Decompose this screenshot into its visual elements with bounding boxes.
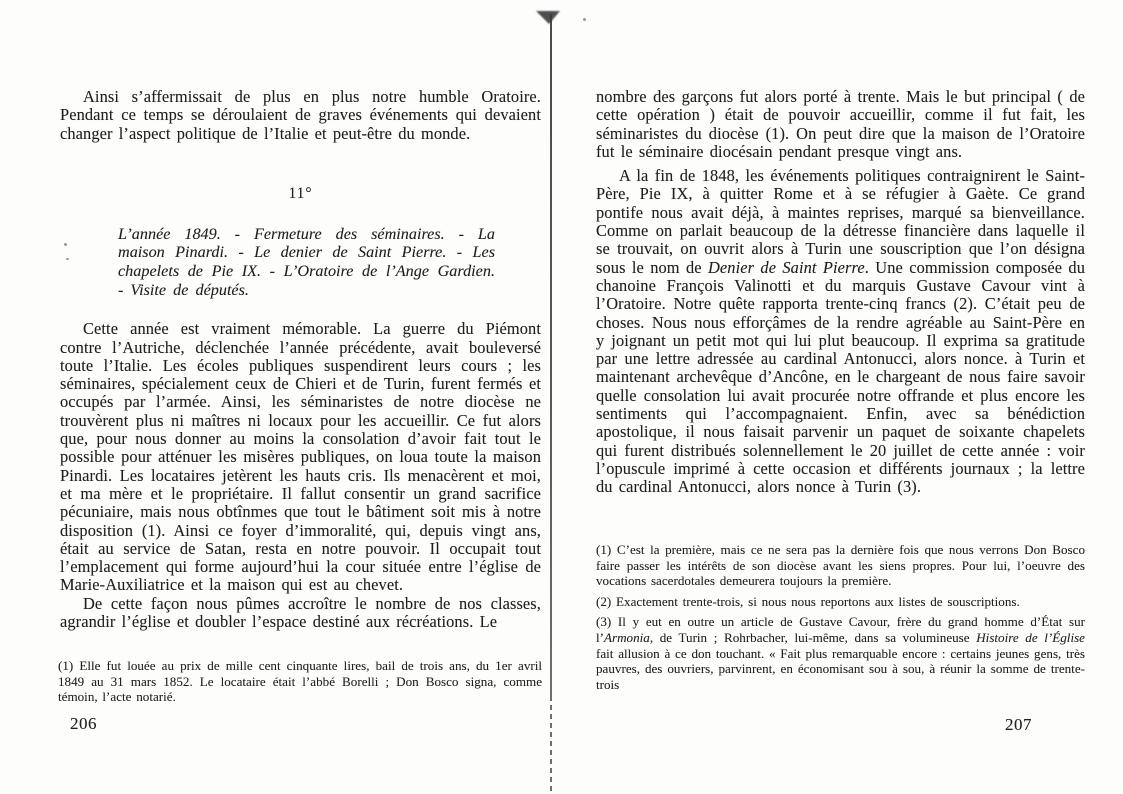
page-right: nombre des garçons fut alors porté à tre…: [596, 88, 1085, 497]
continuation-paragraph: nombre des garçons fut alors porté à tre…: [596, 88, 1085, 161]
main-paragraph: Cette année est vraiment mémorable. La g…: [60, 320, 541, 594]
book-spread-scan: Ainsi s’affermissait de plus en plus not…: [0, 0, 1123, 794]
main-paragraph: A la fin de 1848, les événements politiq…: [596, 167, 1085, 496]
footnote-3: (3) Il y eut en outre un article de Gust…: [596, 614, 1085, 692]
chapter-summary: L’année 1849. - Fermeture des séminaires…: [118, 225, 495, 299]
intro-paragraph: Ainsi s’affermissait de plus en plus not…: [60, 88, 541, 143]
footnotes-right: (1) C’est la première, mais ce ne sera p…: [596, 542, 1085, 697]
scan-speck: [583, 18, 586, 21]
page-left: Ainsi s’affermissait de plus en plus not…: [60, 88, 541, 631]
footnotes-left: (1) Elle fut louée au prix de mille cent…: [58, 658, 542, 710]
page-number-left: 206: [70, 714, 97, 734]
page-fold-line: [550, 14, 552, 696]
page-fold-line-dashed: [550, 696, 552, 794]
footnote-2: (2) Exactement trente-trois, si nous nou…: [596, 594, 1085, 610]
closing-paragraph: De cette façon nous pûmes accroître le n…: [60, 595, 541, 632]
footnote-1: (1) C’est la première, mais ce ne sera p…: [596, 542, 1085, 589]
page-number-right: 207: [1005, 715, 1032, 735]
section-number: 11°: [60, 185, 541, 203]
fold-ink-smudge: [536, 11, 560, 24]
footnote-1: (1) Elle fut louée au prix de mille cent…: [58, 658, 542, 705]
